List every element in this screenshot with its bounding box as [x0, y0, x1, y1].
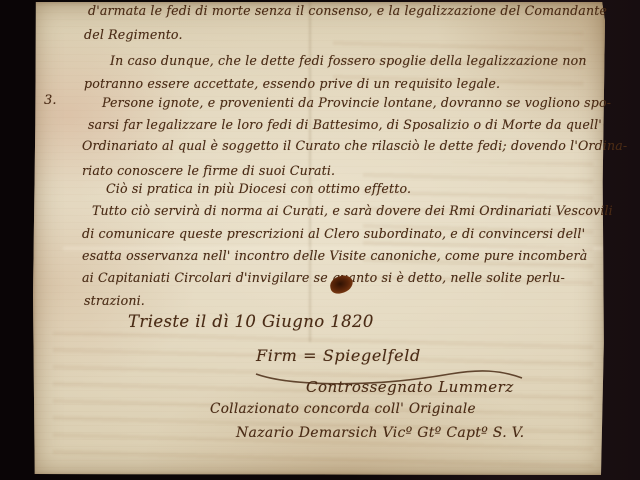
manuscript-line: di comunicare queste prescrizioni al Cle…: [82, 228, 585, 241]
manuscript-line: del Regimento.: [84, 29, 183, 42]
margin-item-number: 3.: [44, 94, 57, 107]
ink-blot-satellite: [344, 289, 353, 296]
date-line: Trieste il dì 10 Giugno 1820: [128, 314, 374, 331]
manuscript-line: sarsi far legalizzare le loro fedi di Ba…: [88, 119, 602, 132]
manuscript-line: d'armata le fedi di morte senza il conse…: [88, 5, 607, 18]
manuscript-line: potranno essere accettate, essendo prive…: [84, 78, 500, 91]
manuscript-line: Ciò si pratica in più Diocesi con ottimo…: [106, 183, 411, 196]
manuscript-line: Ordinariato al qual è soggetto il Curato…: [82, 140, 627, 153]
manuscript-line: esatta osservanza nell' incontro delle V…: [82, 250, 587, 263]
manuscript-line: Persone ignote, e provenienti da Provinc…: [102, 97, 611, 110]
manuscript-line: riato conoscere le firme di suoi Curati.: [82, 165, 335, 178]
signature-certifier: Nazario Demarsich Vicº Gtº Captº S. V.: [236, 426, 524, 440]
manuscript-line: ai Capitaniati Circolari d'invigilare se…: [82, 272, 565, 285]
manuscript-line: In caso dunque, che le dette fedi fosser…: [110, 55, 587, 68]
manuscript-line: strazioni.: [84, 295, 145, 308]
manuscript-line: Tutto ciò servirà di norma ai Curati, e …: [92, 205, 613, 218]
collation-note: Collazionato concorda coll' Originale: [210, 403, 476, 417]
manuscript-photo: 3. d'armata le fedi di morte senza il co…: [0, 0, 640, 480]
signature-countersigned: Controssegnato Lummerz: [306, 380, 514, 395]
